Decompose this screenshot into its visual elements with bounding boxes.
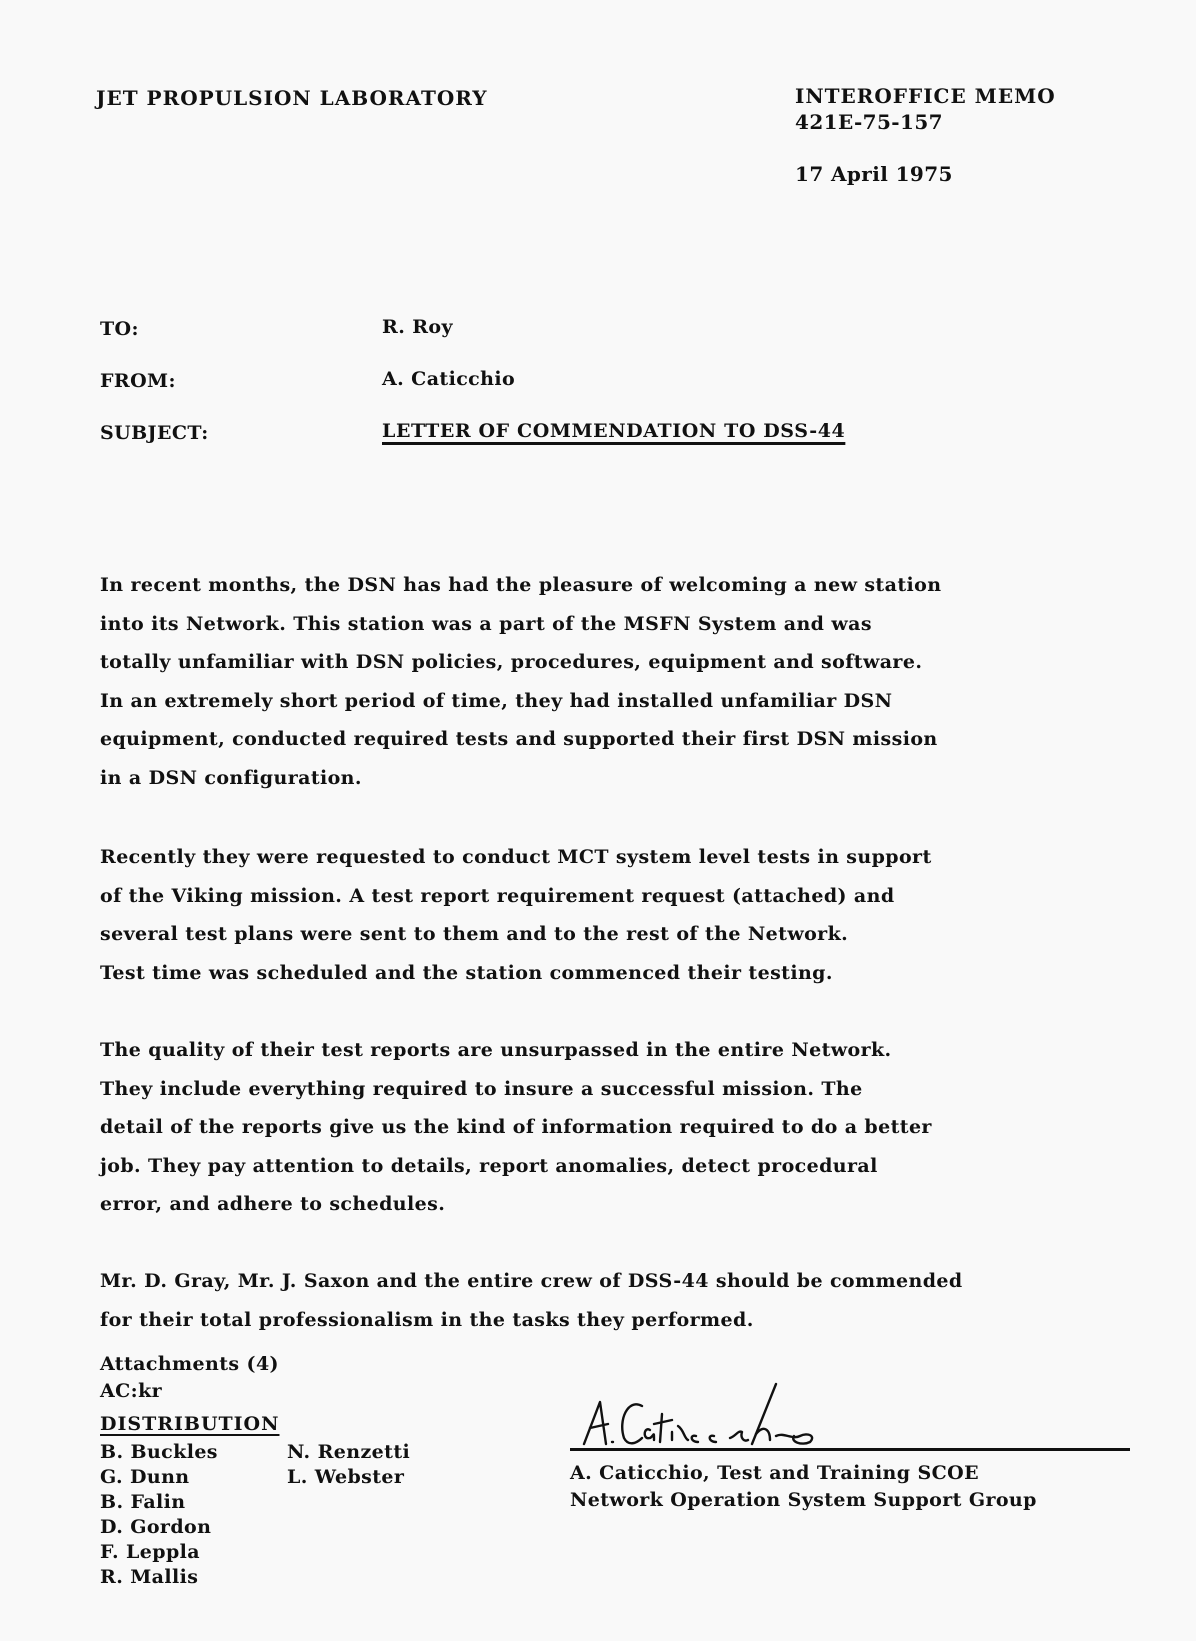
distribution-item: F. Leppla — [100, 1540, 218, 1565]
from-label: FROM: — [100, 370, 176, 392]
typist-initials: AC:kr — [100, 1380, 162, 1402]
paragraph-line: They include everything required to insu… — [100, 1070, 1120, 1109]
paragraph-line: for their total professionalism in the t… — [100, 1301, 1120, 1340]
paragraph-line: equipment, conducted required tests and … — [100, 720, 1120, 759]
subject-label: SUBJECT: — [100, 422, 209, 444]
distribution-item: D. Gordon — [100, 1515, 218, 1540]
distribution-item: B. Buckles — [100, 1440, 218, 1465]
distribution-item: N. Renzetti — [287, 1440, 410, 1465]
memo-number: 421E-75-157 — [795, 110, 943, 134]
handwritten-signature — [580, 1380, 880, 1450]
paragraph-line: Recently they were requested to conduct … — [100, 838, 1120, 877]
paragraph-line: In recent months, the DSN has had the pl… — [100, 566, 1120, 605]
paragraph-line: of the Viking mission. A test report req… — [100, 877, 1120, 916]
paragraph-line: The quality of their test reports are un… — [100, 1031, 1120, 1070]
paragraph-line: into its Network. This station was a par… — [100, 605, 1120, 644]
distribution-list-column-1: B. Buckles G. Dunn B. Falin D. Gordon F.… — [100, 1440, 218, 1590]
paragraph-line: job. They pay attention to details, repo… — [100, 1147, 1120, 1186]
memo-page: JET PROPULSION LABORATORY INTEROFFICE ME… — [0, 0, 1196, 1641]
from-value: A. Caticchio — [382, 368, 515, 390]
paragraph-line: in a DSN configuration. — [100, 759, 1120, 798]
paragraph-line: In an extremely short period of time, th… — [100, 682, 1120, 721]
signer-group: Network Operation System Support Group — [570, 1489, 1037, 1511]
distribution-item: B. Falin — [100, 1490, 218, 1515]
distribution-item: G. Dunn — [100, 1465, 218, 1490]
distribution-list-column-2: N. Renzetti L. Webster — [287, 1440, 410, 1490]
distribution-heading: DISTRIBUTION — [100, 1413, 279, 1435]
paragraph-line: Test time was scheduled and the station … — [100, 954, 1120, 993]
organization-name: JET PROPULSION LABORATORY — [96, 86, 488, 110]
paragraph-line: several test plans were sent to them and… — [100, 915, 1120, 954]
body-paragraph-1: In recent months, the DSN has had the pl… — [100, 566, 1120, 797]
distribution-item: L. Webster — [287, 1465, 410, 1490]
body-paragraph-2: Recently they were requested to conduct … — [100, 838, 1120, 992]
memo-type: INTEROFFICE MEMO — [795, 84, 1056, 108]
paragraph-line: detail of the reports give us the kind o… — [100, 1108, 1120, 1147]
paragraph-line: error, and adhere to schedules. — [100, 1185, 1120, 1224]
memo-date: 17 April 1975 — [795, 162, 953, 186]
attachments-note: Attachments (4) — [100, 1353, 279, 1375]
body-paragraph-4: Mr. D. Gray, Mr. J. Saxon and the entire… — [100, 1262, 1120, 1339]
subject-value: LETTER OF COMMENDATION TO DSS-44 — [382, 420, 845, 442]
body-paragraph-3: The quality of their test reports are un… — [100, 1031, 1120, 1224]
to-value: R. Roy — [382, 316, 453, 338]
distribution-item: R. Mallis — [100, 1565, 218, 1590]
signer-name-title: A. Caticchio, Test and Training SCOE — [570, 1462, 979, 1484]
signature-line — [570, 1448, 1130, 1451]
paragraph-line: totally unfamiliar with DSN policies, pr… — [100, 643, 1120, 682]
paragraph-line: Mr. D. Gray, Mr. J. Saxon and the entire… — [100, 1262, 1120, 1301]
to-label: TO: — [100, 318, 139, 340]
